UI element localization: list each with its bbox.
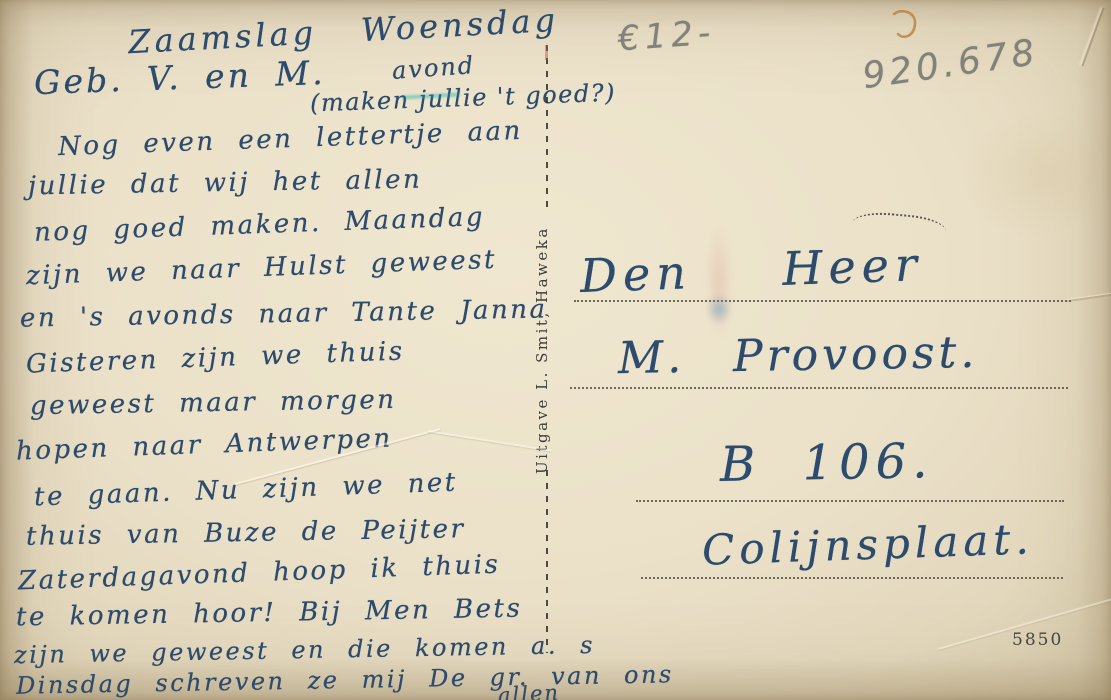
message-line: Nog even een lettertje aan: [58, 116, 524, 162]
message-aside: (maken jullie 't goed?): [310, 79, 617, 118]
message-line: Zaterdagavond hoop ik thuis: [18, 550, 501, 597]
address-rule-2: [570, 387, 1068, 389]
card-number: 5850: [1012, 630, 1063, 650]
message-line: thuis van Buze de Peijter: [26, 514, 466, 552]
message-line: te komen hoor! Bij Men Bets: [16, 594, 523, 633]
address-recipient-name: M. Provoost.: [618, 327, 979, 384]
orange-crayon-mark: [886, 8, 928, 54]
message-greeting: Geb. V. en M.: [33, 53, 326, 102]
divider-dashed-line-top: [546, 45, 548, 208]
message-inserted-word: avond: [391, 51, 476, 85]
message-line: nog goed maken. Maandag: [34, 202, 486, 248]
address-place: Colijnsplaat.: [701, 514, 1034, 575]
address-house-number: B 106.: [720, 433, 934, 493]
tan-stain: [960, 110, 1111, 240]
message-line: geweest maar morgen: [30, 385, 397, 421]
crease-right-mid: [1066, 294, 1111, 302]
address-recipient-title: Den Heer: [579, 237, 924, 303]
pencil-price-mark: €12-: [617, 13, 717, 60]
message-line: te gaan. Nu zijn we net: [34, 468, 459, 513]
message-line: hopen naar Antwerpen: [16, 423, 394, 466]
postcard-back: Zaamslag Woensdag Geb. V. en M. avond (m…: [0, 0, 1111, 700]
message-line: jullie dat wij het allen: [28, 165, 423, 202]
address-rule-4: [641, 577, 1063, 579]
crease-top-right: [1081, 8, 1104, 67]
divider-dashed-line-bottom: [546, 470, 548, 653]
publisher-imprint: Uitgave L. Smit, Haweka: [533, 226, 551, 474]
message-line: en 's avonds naar Tante Janna: [20, 294, 548, 333]
message-heading: Zaamslag Woensdag: [127, 1, 560, 62]
message-line: zijn we naar Hulst geweest: [26, 245, 498, 291]
message-closing-word: allen: [497, 680, 560, 700]
message-line: Gisteren zijn we thuis: [26, 336, 406, 379]
address-rule-3: [636, 500, 1064, 502]
